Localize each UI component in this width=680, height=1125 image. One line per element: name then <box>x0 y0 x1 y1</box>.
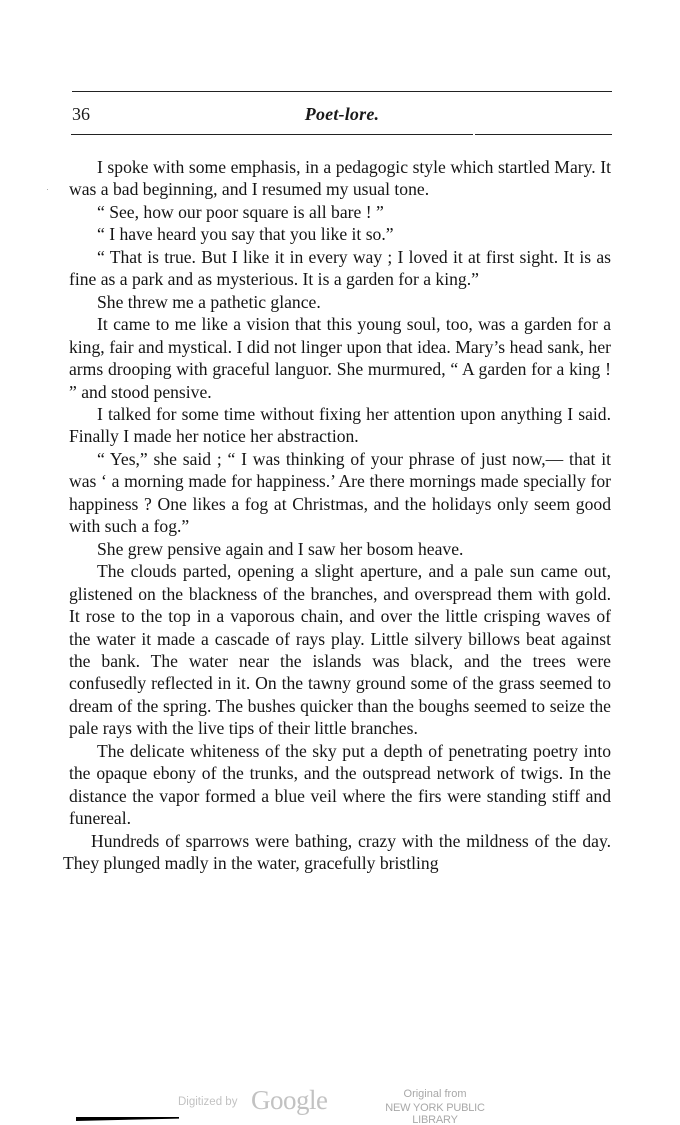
paragraph: “ See, how our poor square is all bare !… <box>69 201 611 223</box>
digitized-by-label: Digitized by <box>178 1096 237 1108</box>
paragraph: I spoke with some emphasis, in a pedagog… <box>69 156 611 201</box>
paragraph: She grew pensive again and I saw her bos… <box>69 538 611 560</box>
page-header: 36 Poet-lore. <box>72 104 612 128</box>
original-from-label: Original from <box>370 1088 500 1101</box>
header-top-rule <box>72 91 612 92</box>
running-title: Poet-lore. <box>72 104 612 125</box>
paragraph: “ I have heard you say that you like it … <box>69 223 611 245</box>
paragraph: The delicate whiteness of the sky put a … <box>69 740 611 830</box>
google-logo: Google <box>251 1085 327 1116</box>
scan-speck <box>47 189 48 190</box>
paragraph: It came to me like a vision that this yo… <box>69 313 611 403</box>
paragraph: I talked for some time without fixing he… <box>69 403 611 448</box>
library-name: NEW YORK PUBLIC LIBRARY <box>368 1102 502 1125</box>
paragraph: “ That is true. But I like it in every w… <box>69 246 611 291</box>
paragraph: “ Yes,” she said ; “ I was thinking of y… <box>69 448 611 538</box>
book-page: 36 Poet-lore. I spoke with some emphasis… <box>0 0 680 1125</box>
body-text: I spoke with some emphasis, in a pedagog… <box>69 156 611 875</box>
paragraph: The clouds parted, opening a slight aper… <box>69 560 611 740</box>
paragraph: Hundreds of sparrows were bathing, crazy… <box>63 830 611 875</box>
header-bottom-rule <box>71 134 612 135</box>
paragraph: She threw me a pathetic glance. <box>69 291 611 313</box>
